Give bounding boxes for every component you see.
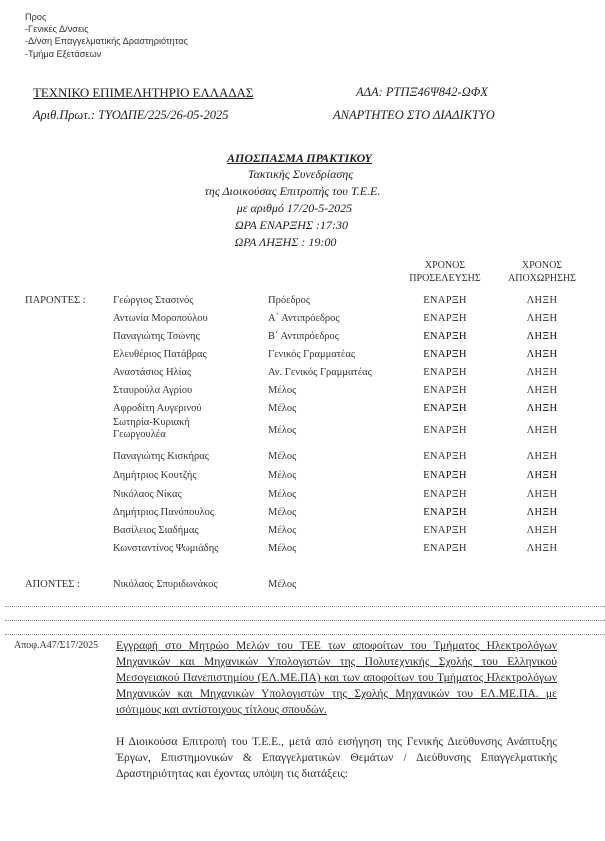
departure-time: ΛΗΞΗ: [502, 385, 582, 396]
departure-time: ΛΗΞΗ: [502, 313, 582, 324]
present-label: ΠΑΡΟΝΤΕΣ :: [25, 295, 86, 306]
arrival-time: ΕΝΑΡΞΗ: [405, 403, 485, 414]
departure-time: ΛΗΞΗ: [502, 507, 582, 518]
attendee-role: Μέλος: [268, 470, 296, 481]
column-header-line: ΠΡΟΣΕΛΕΥΣΗΣ: [405, 272, 485, 285]
absentee-name: Νικόλαος Σπυριδωνάκος: [113, 579, 218, 591]
departure-time: ΛΗΞΗ: [502, 295, 582, 306]
departure-time: ΛΗΞΗ: [502, 331, 582, 342]
departure-time: ΛΗΞΗ: [502, 403, 582, 414]
departure-time: ΛΗΞΗ: [502, 451, 582, 462]
attendee-name: Αντωνία Μοροπούλου: [113, 313, 208, 325]
decision-body: Η Διοικούσα Επιτροπή του Τ.Ε.Ε., μετά απ…: [116, 734, 557, 782]
session-number: με αριθμό 17/20-5-2025: [0, 201, 597, 216]
recipient-line: -Δ/νση Επαγγελματικής Δραστηριότητας: [25, 35, 188, 47]
attendee-name: Δημήτριος Πανόπουλος: [113, 507, 214, 519]
dotted-separator: [5, 606, 605, 607]
arrival-time: ΕΝΑΡΞΗ: [405, 385, 485, 396]
attendee-role: Μέλος: [268, 403, 296, 414]
attendee-name: Κωνσταντίνος Ψωμιάδης: [113, 543, 218, 555]
attendee-name: Νικόλαος Νίκας: [113, 489, 182, 501]
departure-time: ΛΗΞΗ: [502, 470, 582, 481]
arrival-time: ΕΝΑΡΞΗ: [405, 349, 485, 360]
attendee-name: Ελευθέριος Πατάβρας: [113, 349, 207, 361]
attendee-name: Αφροδίτη Αυγερινού: [113, 403, 202, 415]
arrival-time: ΕΝΑΡΞΗ: [405, 543, 485, 554]
attendee-role: Μέλος: [268, 543, 296, 554]
arrival-time: ΕΝΑΡΞΗ: [405, 507, 485, 518]
attendee-name: Παναγιώτης Τσώνης: [113, 331, 200, 343]
column-header-line: ΧΡΟΝΟΣ: [502, 259, 582, 272]
attendee-role: Αν. Γενικός Γραμματέας: [268, 367, 372, 378]
recipient-line: -Τμήμα Εξετάσεων: [25, 48, 188, 60]
organization-name: ΤΕΧΝΙΚΟ ΕΠΙΜΕΛΗΤΗΡΙΟ ΕΛΛΑΔΑΣ: [33, 85, 253, 101]
column-header-line: ΑΠΟΧΩΡΗΣΗΣ: [502, 272, 582, 285]
end-time: ΩΡΑ ΛΗΞΗΣ : 19:00: [0, 235, 588, 250]
arrival-time: ΕΝΑΡΞΗ: [405, 313, 485, 324]
arrival-time: ΕΝΑΡΞΗ: [405, 470, 485, 481]
attendee-role: Μέλος: [268, 451, 296, 462]
column-header-departure: ΧΡΟΝΟΣ ΑΠΟΧΩΡΗΣΗΣ: [502, 259, 582, 285]
absentee-role: Μέλος: [268, 579, 296, 590]
recipient-line: -Γενικές Δ/νσεις: [25, 23, 188, 35]
arrival-time: ΕΝΑΡΞΗ: [405, 295, 485, 306]
attendee-name: Γεώργιος Στασινός: [113, 295, 193, 307]
departure-time: ΛΗΞΗ: [502, 367, 582, 378]
departure-time: ΛΗΞΗ: [502, 425, 582, 436]
attendee-role: Μέλος: [268, 385, 296, 396]
attendee-name: Σταυρούλα Αγρίου: [113, 385, 192, 397]
attendee-role: Γενικός Γραμματέας: [268, 349, 355, 360]
departure-time: ΛΗΞΗ: [502, 543, 582, 554]
attendee-role: Μέλος: [268, 525, 296, 536]
decision-subject: Εγγραφή στο Μητρώο Μελών του ΤΕΕ των απο…: [116, 638, 557, 718]
attendee-role: Μέλος: [268, 425, 296, 436]
departure-time: ΛΗΞΗ: [502, 489, 582, 500]
attendee-role: Μέλος: [268, 489, 296, 500]
recipients-heading: Προς: [25, 11, 188, 23]
attendee-name: Παναγιώτης Κισκήρας: [113, 451, 209, 463]
dotted-separator: [5, 634, 605, 635]
attendee-name: Βασίλειος Σιαδήμας: [113, 525, 199, 537]
arrival-time: ΕΝΑΡΞΗ: [405, 367, 485, 378]
attendee-role: Β΄ Αντιπρόεδρος: [268, 331, 339, 342]
decision-number: Αποφ.Α47/Σ17/2025: [14, 640, 98, 651]
column-header-arrival: ΧΡΟΝΟΣ ΠΡΟΣΕΛΕΥΣΗΣ: [405, 259, 485, 285]
session-type: Τακτικής Συνεδρίασης: [0, 167, 603, 182]
posting-notice: ΑΝΑΡΤΗΤΕΟ ΣΤΟ ΔΙΑΔΙΚΤΥΟ: [333, 108, 495, 123]
departure-time: ΛΗΞΗ: [502, 349, 582, 360]
arrival-time: ΕΝΑΡΞΗ: [405, 489, 485, 500]
arrival-time: ΕΝΑΡΞΗ: [405, 525, 485, 536]
ada-code: ΑΔΑ: ΡΤΠΞ46Ψ842-ΩΦΧ: [356, 85, 488, 100]
absent-label: ΑΠΟΝΤΕΣ :: [25, 579, 80, 590]
recipients-block: Προς -Γενικές Δ/νσεις -Δ/νση Επαγγελματι…: [25, 11, 188, 60]
attendee-role: Α΄ Αντιπρόεδρος: [268, 313, 340, 324]
arrival-time: ΕΝΑΡΞΗ: [405, 331, 485, 342]
start-time: ΩΡΑ ΕΝΑΡΞΗΣ :17:30: [0, 218, 594, 233]
departure-time: ΛΗΞΗ: [502, 525, 582, 536]
extract-title: ΑΠΟΣΠΑΣΜΑ ΠΡΑΚΤΙΚΟΥ: [0, 151, 602, 166]
dotted-separator: [5, 620, 605, 621]
arrival-time: ΕΝΑΡΞΗ: [405, 451, 485, 462]
arrival-time: ΕΝΑΡΞΗ: [405, 425, 485, 436]
attendee-name: Αναστάσιος Ηλίας: [113, 367, 191, 379]
column-header-line: ΧΡΟΝΟΣ: [405, 259, 485, 272]
attendee-name: Δημήτριος Κουτζής: [113, 470, 197, 482]
protocol-number: Αριθ.Πρωτ.: ΤΥΟΔΠΕ/225/26-05-2025: [33, 108, 229, 123]
attendee-role: Πρόεδρος: [268, 295, 310, 306]
attendee-role: Μέλος: [268, 507, 296, 518]
attendee-name: Σωτηρία-ΚυριακήΓεωργουλέα: [113, 417, 190, 441]
committee-name: της Διοικούσας Επιτροπής του Τ.Ε.Ε.: [0, 184, 595, 199]
